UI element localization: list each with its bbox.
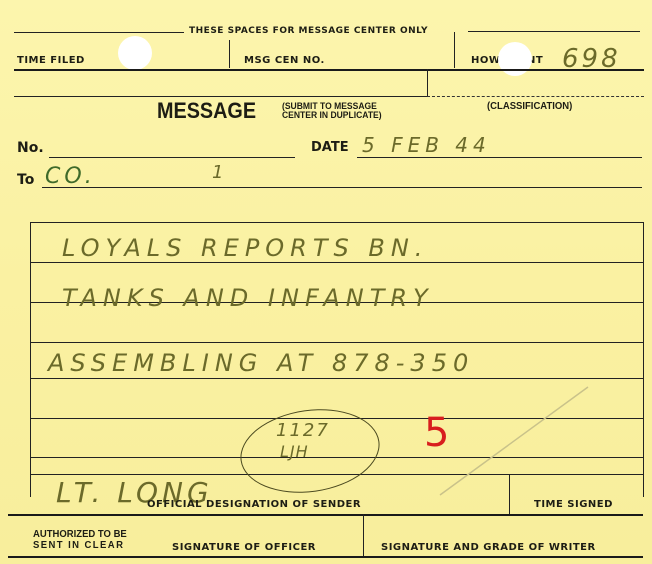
divider-msgcen-how [454,32,455,68]
message-line-1[interactable]: LOYALS REPORTS BN. [62,234,428,262]
body-box-left [30,222,31,497]
signature-writer-label: SIGNATURE AND GRADE OF WRITER [381,542,596,553]
signatures-row-rule [8,556,643,558]
sender-label: OFFICIAL DESIGNATION OF SENDER [147,499,361,510]
body-line-1 [30,262,643,263]
header-note: THESE SPACES FOR MESSAGE CENTER ONLY [189,26,428,36]
date-label: DATE [311,140,349,155]
punch-hole-left [118,36,152,70]
message-line-3[interactable]: ASSEMBLING AT 878-350 [48,349,474,377]
authorized-line1: AUTHORIZED TO BE [33,530,127,540]
circled-initials: LJH [280,442,309,461]
divider-time-msgcen [229,40,230,68]
body-line-4 [30,378,643,379]
pencil-stroke [430,385,590,500]
form-title: MESSAGE [157,98,256,124]
date-value[interactable]: 5 FEB 44 [362,133,491,157]
time-signed-label: TIME SIGNED [534,499,613,510]
sender-row-rule [8,514,643,516]
signature-officer-label: SIGNATURE OF OFFICER [172,542,316,553]
circled-time: 1127 [276,420,330,441]
to-value-extra[interactable]: 1 [212,162,229,183]
classification-dashed-rule [427,96,644,97]
how-sent-label: HOW [471,55,500,66]
no-label: No. [17,140,44,156]
date-field-line[interactable] [357,157,642,158]
message-center-rule [14,69,644,71]
classification-box-left [427,69,428,96]
header-rule-right [468,31,640,32]
body-box-right [643,222,644,497]
rule-left-of-classification [14,96,427,97]
message-form: THESE SPACES FOR MESSAGE CENTER ONLY TIM… [0,0,652,564]
signatures-divider [363,514,364,556]
submit-note-line2: CENTER IN DUPLICATE) [282,111,382,120]
time-filed-label: TIME FILED [17,55,85,66]
to-field-line[interactable] [42,187,642,188]
body-line-3 [30,342,643,343]
classification-label: (CLASSIFICATION) [487,102,572,111]
message-line-2[interactable]: TANKS AND INFANTRY [62,284,434,312]
msg-cen-no-label: MSG CEN NO. [244,55,325,66]
to-label: To [17,172,34,188]
circled-time-stamp [235,401,385,502]
header-rule-left [14,32,184,33]
body-line-0 [30,222,643,223]
no-field-line[interactable] [49,157,295,158]
time-signed-divider [509,474,510,514]
authorized-line2: SENT IN CLEAR [33,541,124,551]
to-value[interactable]: CO. [45,164,96,189]
